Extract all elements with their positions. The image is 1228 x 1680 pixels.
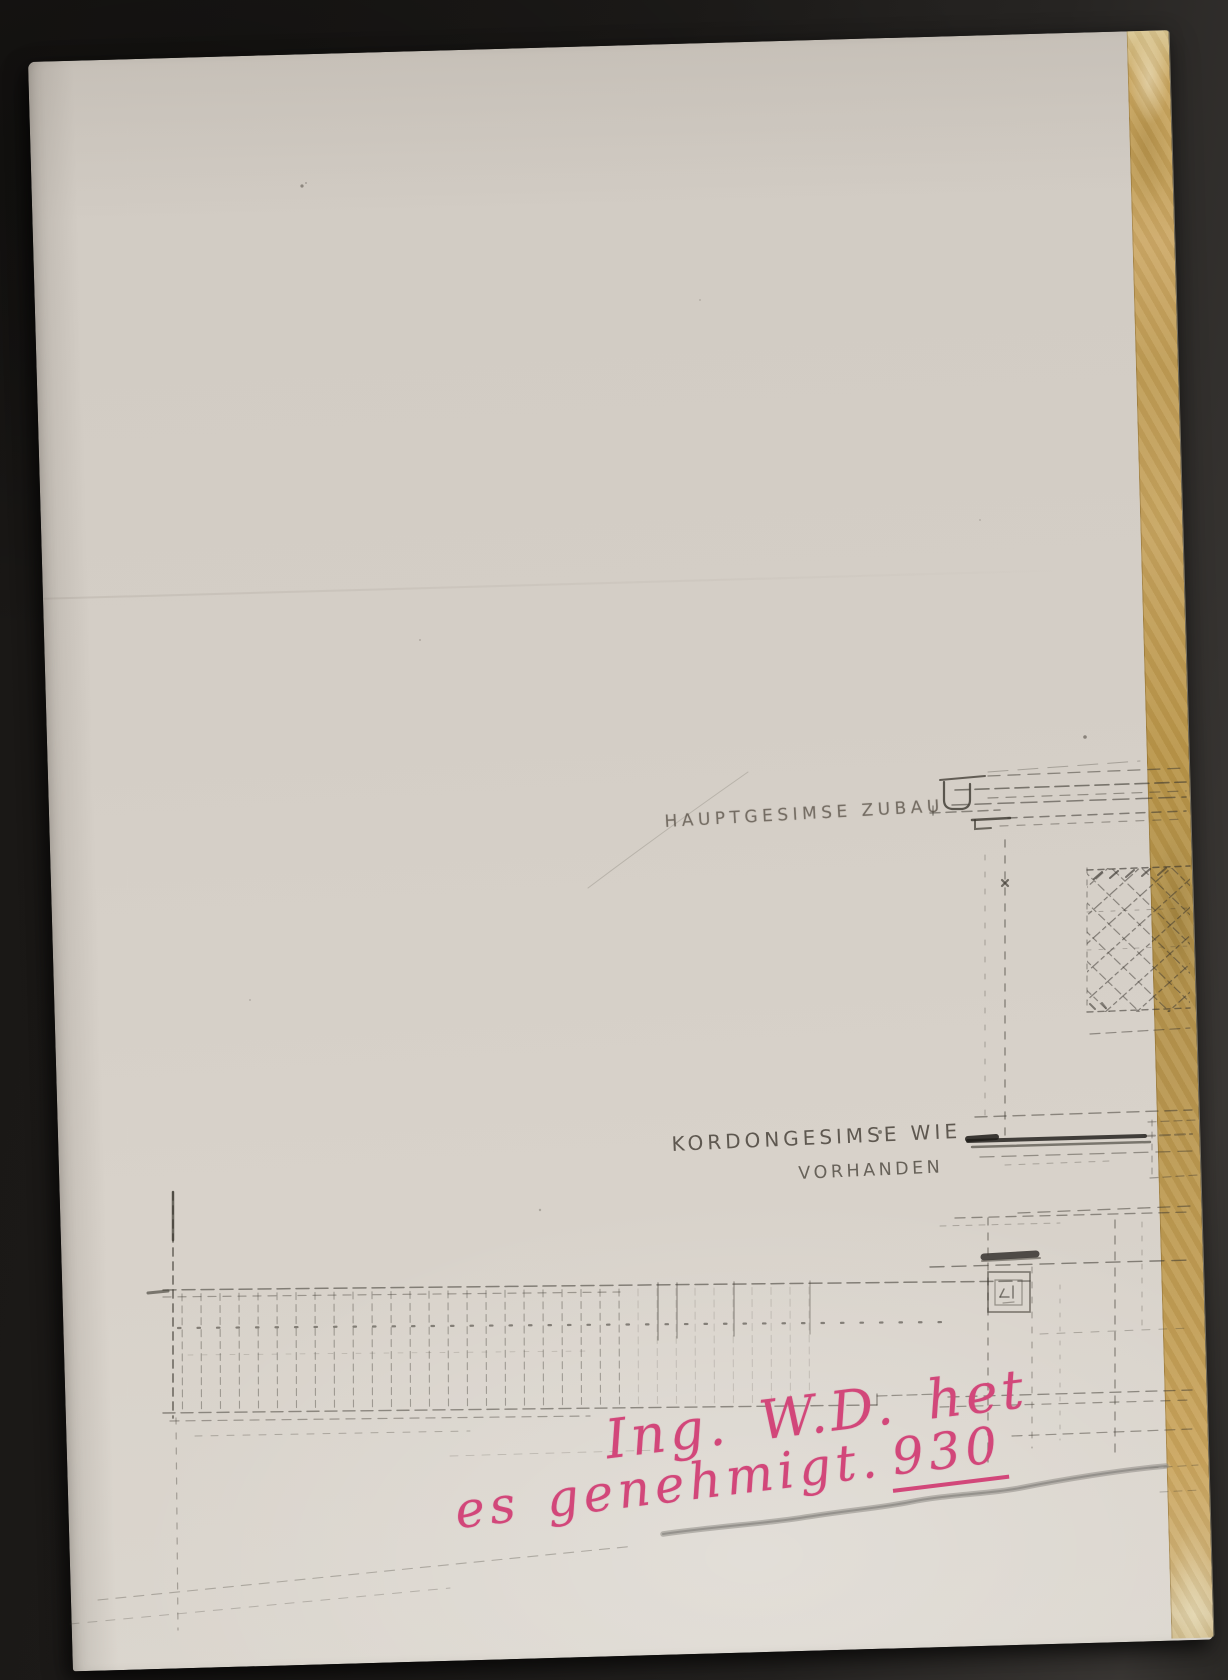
paper-fold-line [43,566,1183,600]
scan-background: HAUPTGESIMSE ZUBAU KORDONGESIMSE WIE VOR… [0,0,1228,1680]
